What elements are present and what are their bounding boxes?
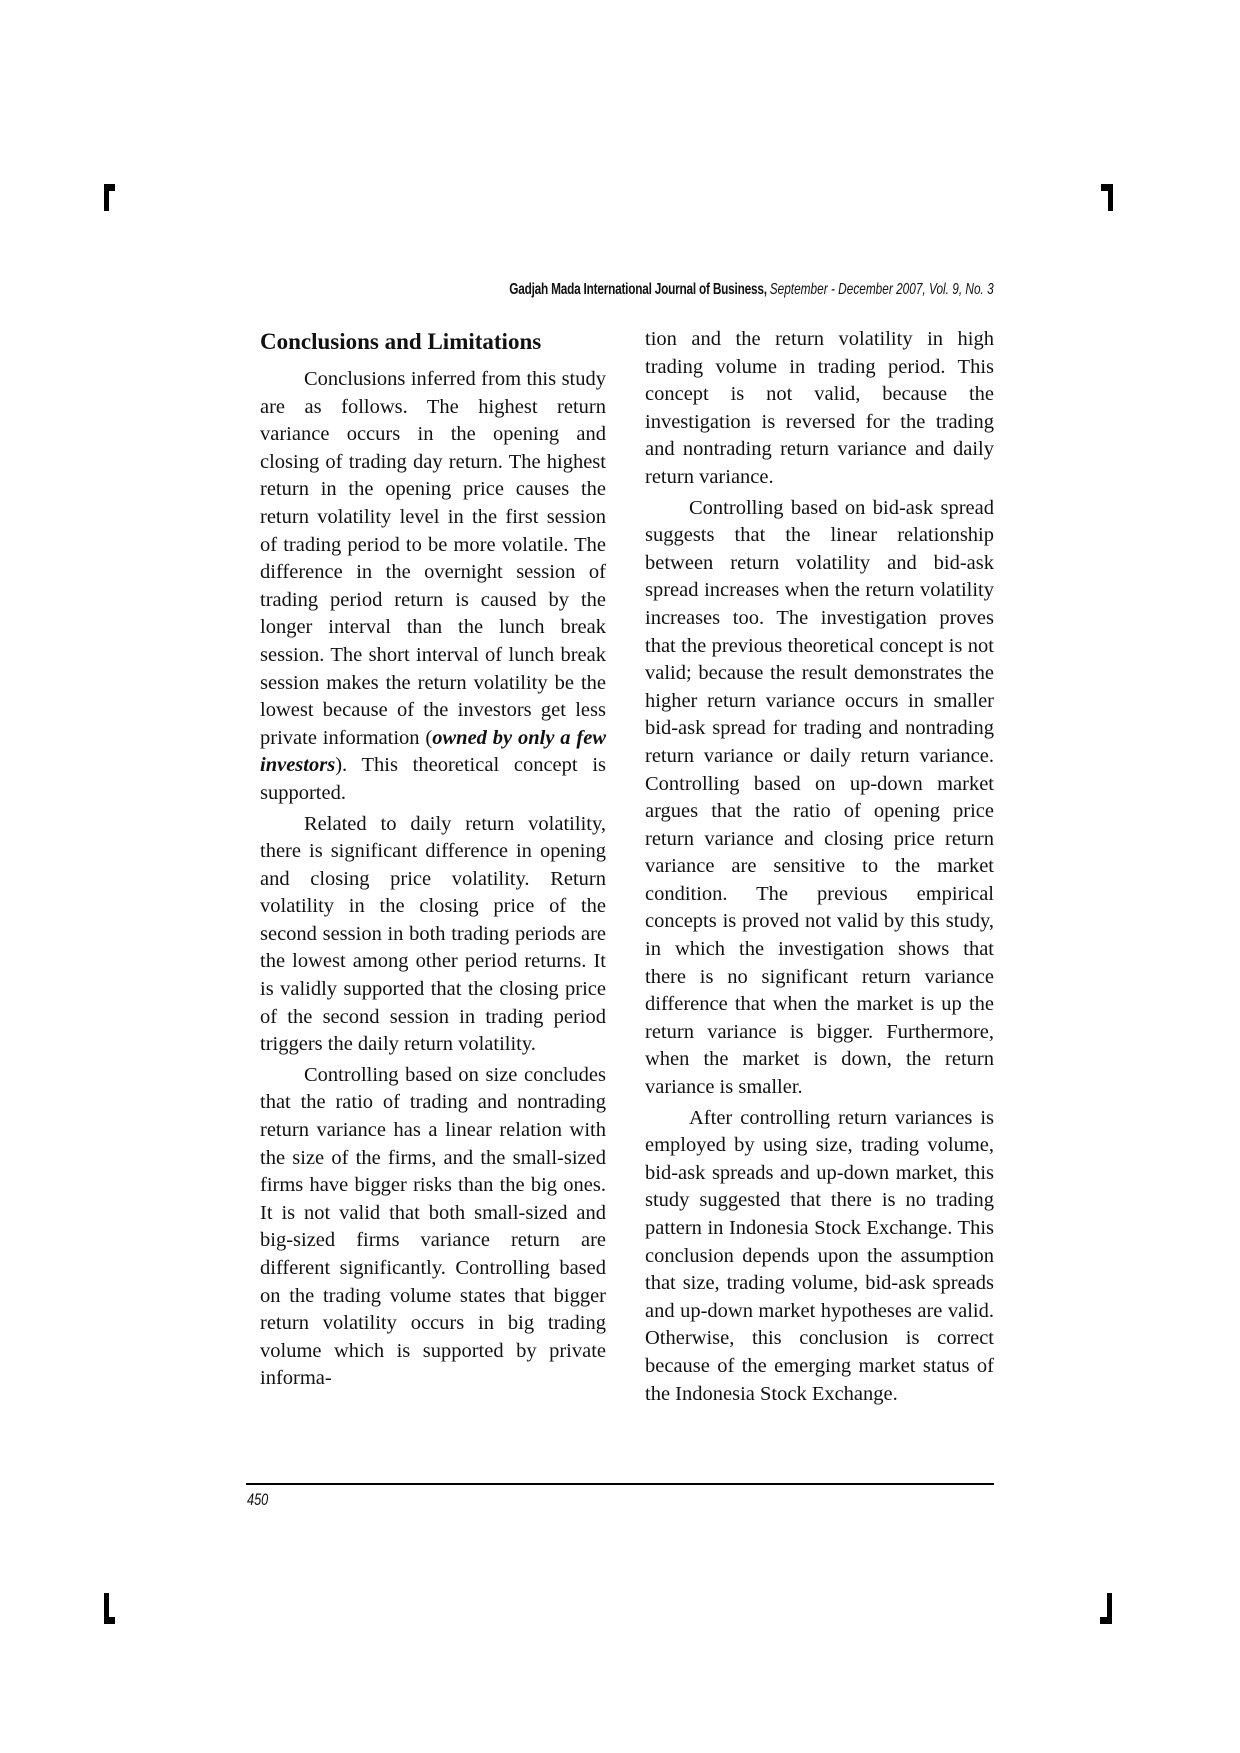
section-title: Conclusions and Limitations xyxy=(260,326,606,358)
paragraph: Controlling based on bid-ask spread sugg… xyxy=(645,495,994,1102)
paragraph: After controlling return variances is em… xyxy=(645,1105,994,1409)
page-number: 450 xyxy=(247,1490,268,1510)
paragraph: Controlling based on size concludes that… xyxy=(260,1062,606,1393)
running-header: Gadjah Mada International Journal of Bus… xyxy=(510,281,994,299)
paragraph-continued: tion and the return volatility in high t… xyxy=(645,326,994,492)
footer-rule xyxy=(246,1483,994,1485)
issue-info: September - December 2007, Vol. 9, No. 3 xyxy=(770,281,994,298)
right-column: tion and the return volatility in high t… xyxy=(645,326,994,1408)
paragraph: Related to daily return volatility, ther… xyxy=(260,811,606,1059)
paragraph-text: Conclusions inferred from this study are… xyxy=(260,368,606,749)
paragraph: Conclusions inferred from this study are… xyxy=(260,366,606,808)
journal-name: Gadjah Mada International Journal of Bus… xyxy=(510,281,768,298)
left-column: Conclusions and Limitations Conclusions … xyxy=(260,326,606,1393)
